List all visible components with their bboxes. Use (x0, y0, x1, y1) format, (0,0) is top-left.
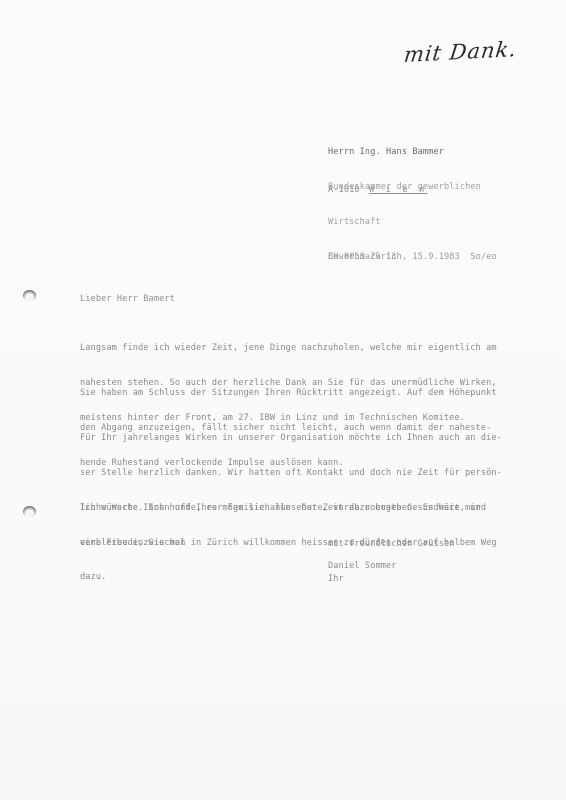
paragraph-line: ser Stelle herzlich danken. Wir hatten o… (80, 468, 502, 480)
paragraph-line: Sie haben am Schluss der Sitzungen Ihren… (80, 388, 497, 400)
punch-hole-top (23, 290, 36, 301)
signature: Daniel Sommer (328, 561, 397, 573)
dateline: CH-8053 Zürich, 15.9.1983 So/eo (328, 252, 497, 264)
paragraph-line: Langsam finde ich wieder Zeit, jene Ding… (80, 343, 497, 355)
handwritten-note: mit Dank. (403, 37, 519, 67)
salutation: Lieber Herr Bamert (80, 294, 175, 306)
postal-code: A-1010 (328, 185, 360, 195)
paragraph-line: Für Ihr jahrelanges Wirken in unserer Or… (80, 433, 502, 445)
paragraph-line: Ich wünsche Ihnen und Ihrer Familie alle… (80, 503, 486, 515)
recipient-organization-cont: Wirtschaft (328, 217, 481, 229)
recipient-name: Herrn Ing. Hans Bammer (328, 147, 481, 159)
recipient-city-line: A-1010 W i e n (328, 185, 428, 197)
letter-page: mit Dank. Herrn Ing. Hans Bammer Bundesk… (0, 0, 566, 800)
closing-ihr: Ihr (328, 574, 455, 586)
city: W i e n (369, 185, 428, 195)
closing-greeting: mit freundlichen Grüssen (328, 539, 455, 551)
punch-hole-bottom (23, 506, 36, 517)
